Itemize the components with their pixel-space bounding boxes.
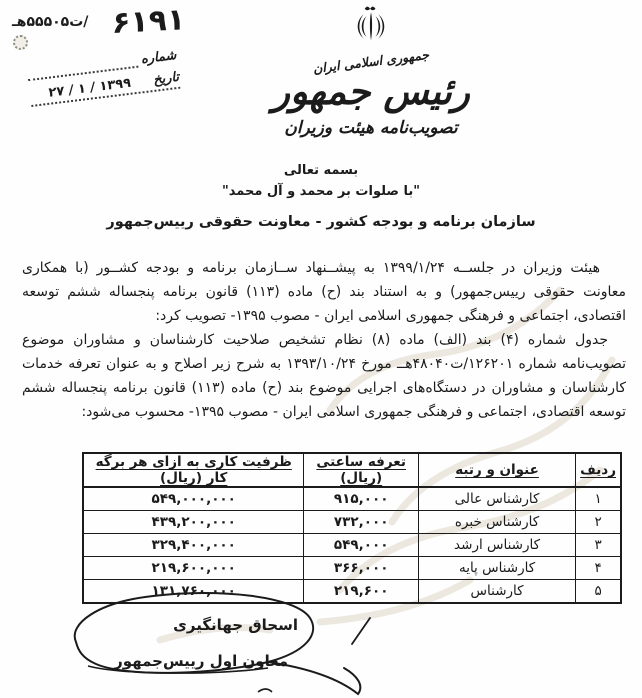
cell-capacity: ۵۴۹,۰۰۰,۰۰۰	[83, 487, 304, 511]
cell-title: کارشناس عالی	[418, 487, 575, 511]
signature-balloon-outline	[58, 590, 438, 698]
tariff-table: ردیف عنوان و رتبه تعرفه ساعتی (ریال) ظرف…	[82, 452, 622, 604]
cell-row-number: ۲	[576, 511, 621, 534]
table-row: ۱ کارشناس عالی ۹۱۵,۰۰۰ ۵۴۹,۰۰۰,۰۰۰	[83, 487, 621, 511]
decree-body: هیئت وزیران در جلســه ۱۳۹۹/۱/۲۴ به پیشــ…	[22, 256, 626, 424]
addressee-line: سازمان برنامه و بودجه کشور - معاونت حقوق…	[0, 214, 642, 230]
besmeh-line: بسمه تعالی	[0, 163, 642, 178]
cell-row-number: ۴	[576, 557, 621, 580]
paragraph-approval: هیئت وزیران در جلســه ۱۳۹۹/۱/۲۴ به پیشــ…	[22, 256, 626, 328]
table-row: ۲ کارشناس خبره ۷۳۲,۰۰۰ ۴۳۹,۲۰۰,۰۰۰	[83, 511, 621, 534]
cell-row-number: ۳	[576, 534, 621, 557]
cell-capacity: ۲۱۹,۶۰۰,۰۰۰	[83, 557, 304, 580]
cell-title: کارشناس ارشد	[418, 534, 575, 557]
decree-document-page: ۶۱۹۱ /ت۵۵۵۰۵هـ شماره تاریخ ۱۳۹۹ / ۱ / ۲۷	[0, 0, 642, 698]
cell-hourly: ۷۳۲,۰۰۰	[304, 511, 419, 534]
cell-title: کارشناس خبره	[418, 511, 575, 534]
header-hourly-tariff: تعرفه ساعتی (ریال)	[304, 453, 419, 487]
government-header: جمهوری اسلامی ایران رئیس جمهور تصویب‌نام…	[100, 4, 642, 138]
salavat-line: "با صلوات بر محمد و آل محمد"	[0, 184, 642, 199]
cell-capacity: ۳۲۹,۴۰۰,۰۰۰	[83, 534, 304, 557]
stamped-doc-number: /ت۵۵۵۰۵هـ	[12, 14, 88, 30]
cell-row-number: ۵	[576, 580, 621, 604]
header-title-rank: عنوان و رتبه	[418, 453, 575, 487]
header-work-capacity: ظرفیت کاری به ازای هر برگه کار (ریال)	[83, 453, 304, 487]
cell-hourly: ۹۱۵,۰۰۰	[304, 487, 419, 511]
table-header-row: ردیف عنوان و رتبه تعرفه ساعتی (ریال) ظرف…	[83, 453, 621, 487]
table-row: ۴ کارشناس پایه ۳۶۶,۰۰۰ ۲۱۹,۶۰۰,۰۰۰	[83, 557, 621, 580]
header-row-number: ردیف	[576, 453, 621, 487]
paragraph-amendment: جدول شماره (۴) بند (الف) ماده (۸) نظام ت…	[22, 328, 626, 424]
table-row: ۳ کارشناس ارشد ۵۴۹,۰۰۰ ۳۲۹,۴۰۰,۰۰۰	[83, 534, 621, 557]
signature-block: اسحاق جهانگیری معاون اول رییس‌جمهور	[58, 590, 438, 698]
cell-capacity: ۴۳۹,۲۰۰,۰۰۰	[83, 511, 304, 534]
cell-hourly: ۵۴۹,۰۰۰	[304, 534, 419, 557]
registration-gear-icon	[13, 35, 28, 50]
cell-hourly: ۳۶۶,۰۰۰	[304, 557, 419, 580]
iran-emblem-icon	[353, 4, 389, 52]
signer-name: اسحاق جهانگیری	[173, 616, 298, 634]
signer-title: معاون اول رییس‌جمهور	[114, 652, 288, 670]
cell-title: کارشناس	[418, 580, 575, 604]
document-type: تصویب‌نامه هیئت وزیران	[100, 118, 642, 138]
cell-title: کارشناس پایه	[418, 557, 575, 580]
cell-row-number: ۱	[576, 487, 621, 511]
